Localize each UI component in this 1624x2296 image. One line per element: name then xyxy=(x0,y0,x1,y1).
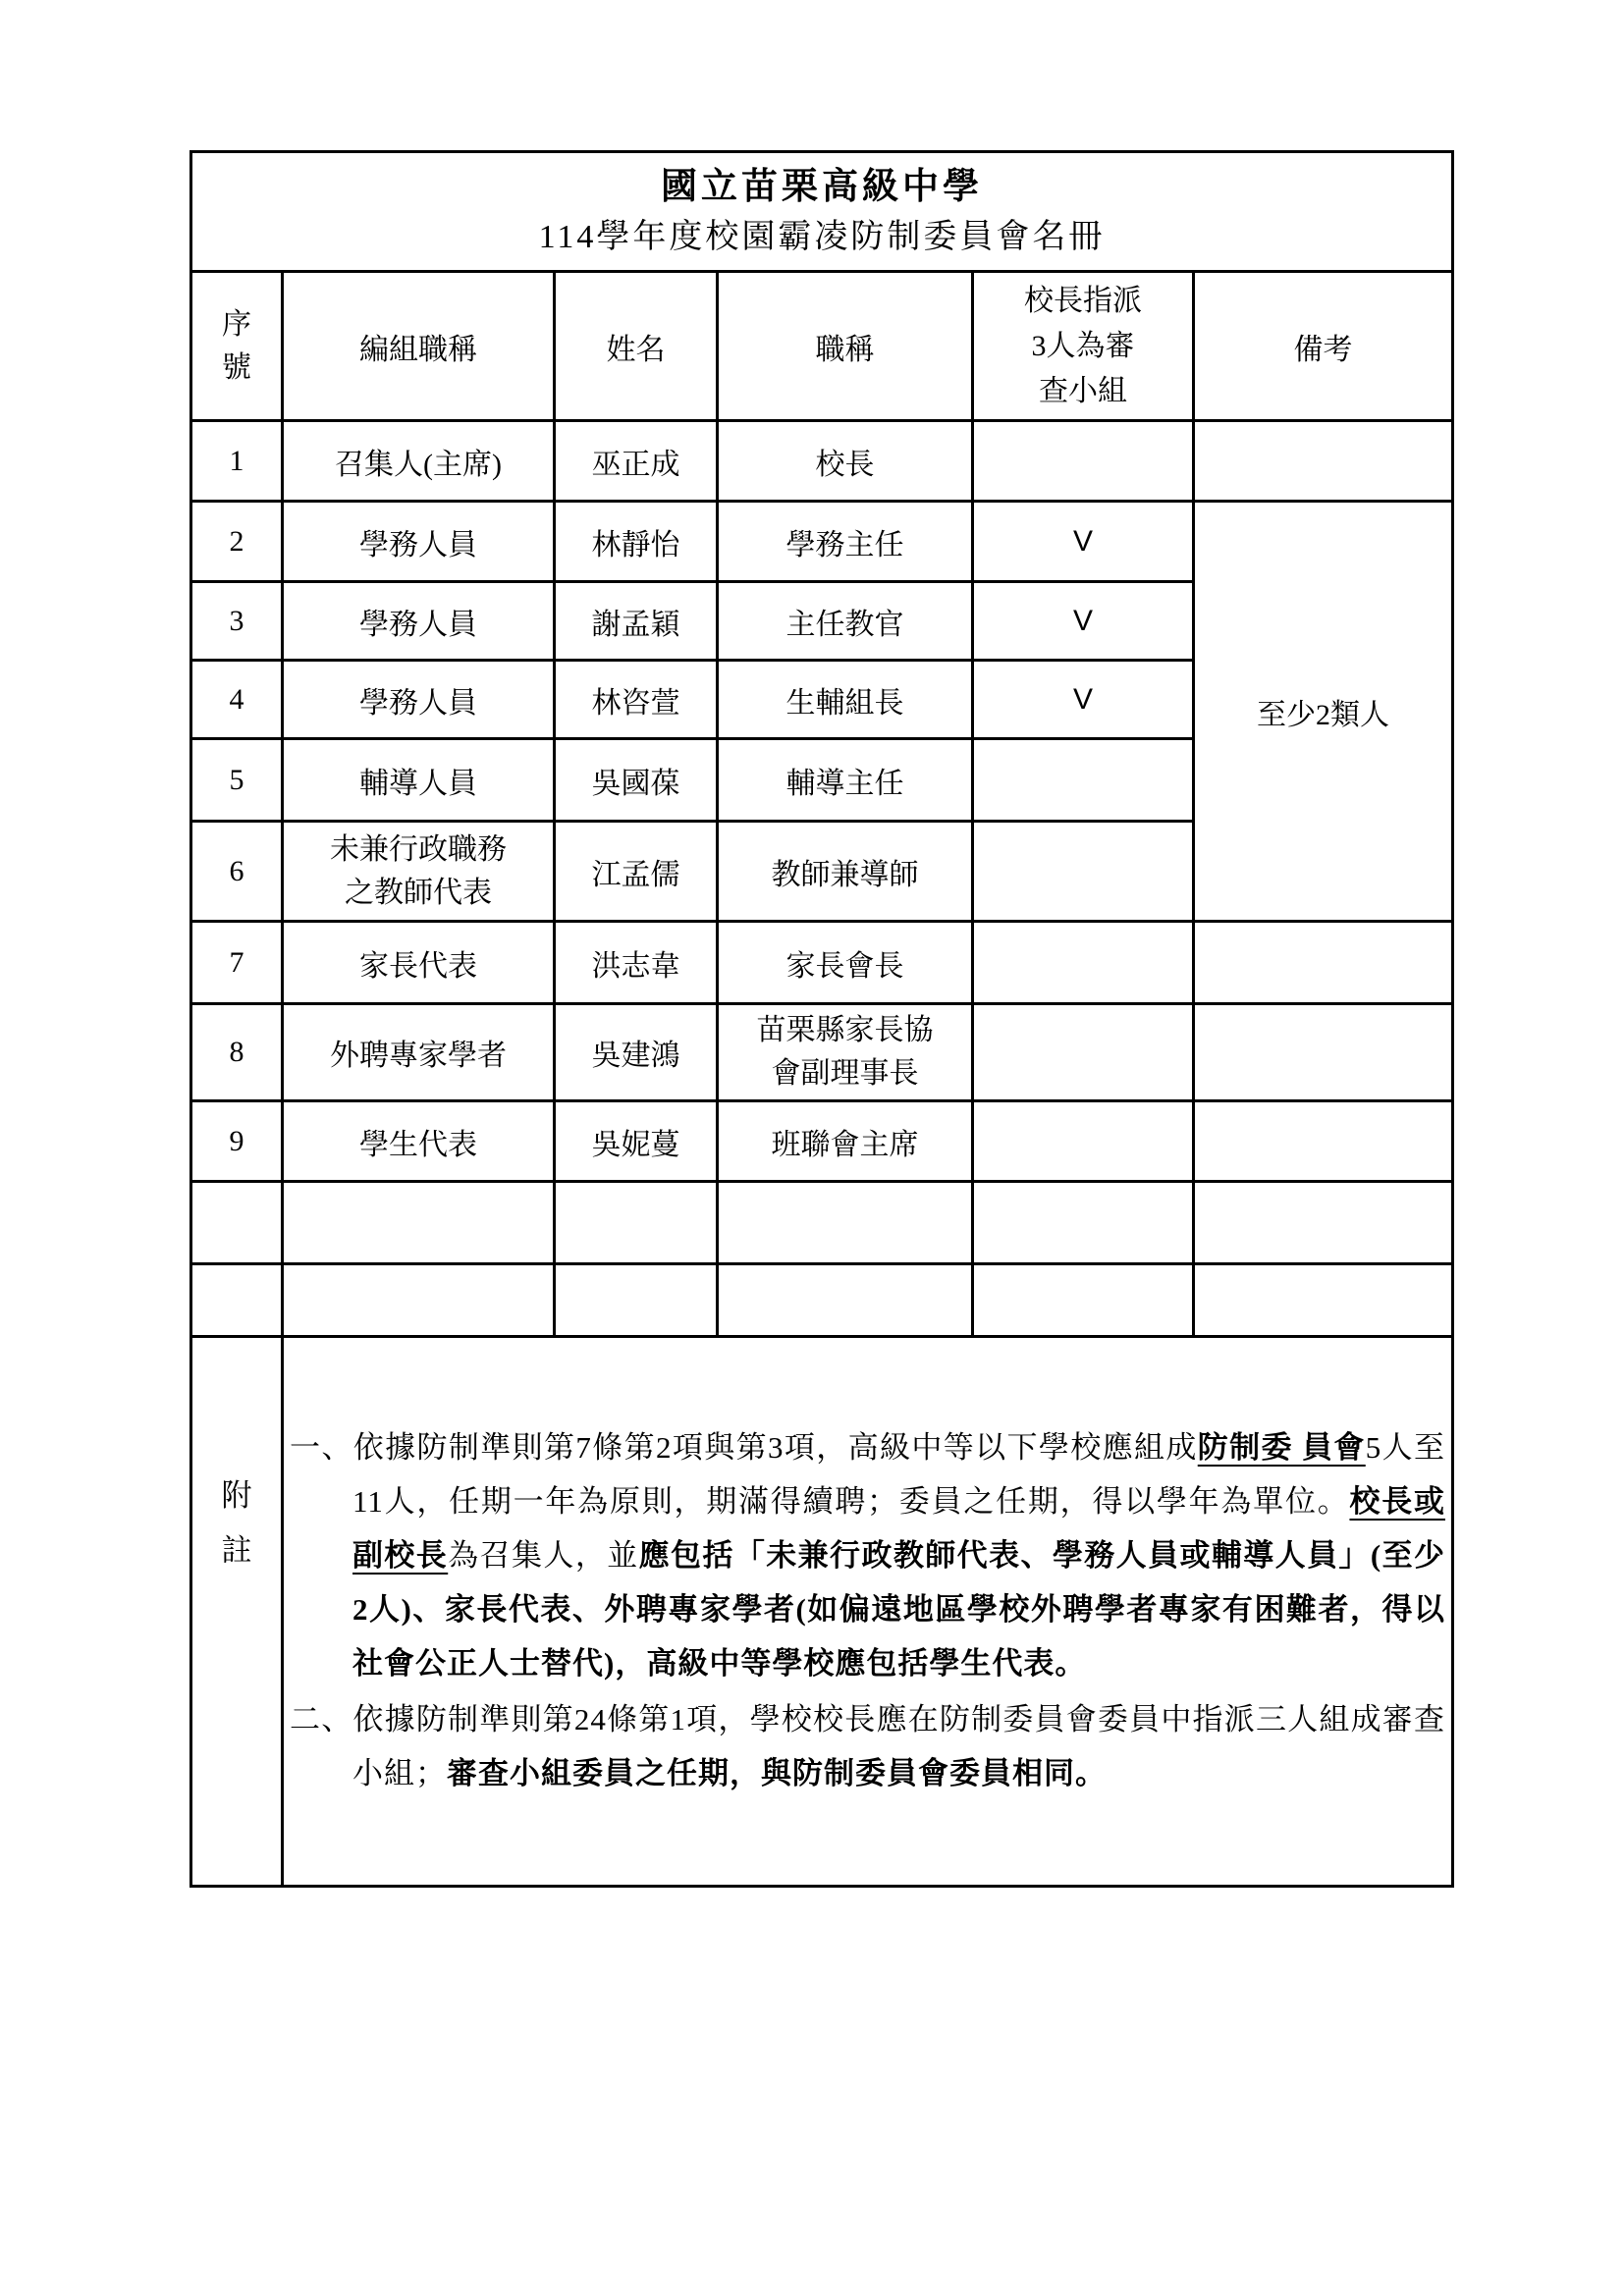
cell-group xyxy=(283,1264,555,1337)
cell-group: 未兼行政職務之教師代表 xyxy=(283,822,555,922)
table-row: 8 外聘專家學者 吳建鴻 苗栗縣家長協會副理事長 xyxy=(191,1004,1453,1101)
cell-no xyxy=(191,1182,283,1264)
table-row: 1 召集人(主席) 巫正成 校長 xyxy=(191,421,1453,502)
cell-no: 7 xyxy=(191,922,283,1004)
header-appoint: 校長指派3人為審查小組 xyxy=(973,272,1194,421)
cell-name: 林靜怡 xyxy=(555,502,718,582)
cell-title: 學務主任 xyxy=(718,502,973,582)
cell-check xyxy=(973,922,1194,1004)
cell-name: 洪志韋 xyxy=(555,922,718,1004)
cell-check xyxy=(973,1101,1194,1182)
committee-roster-table: 國立苗栗高級中學 114學年度校園霸凌防制委員會名冊 序號 編組職稱 姓名 職稱… xyxy=(189,150,1454,1888)
cell-title: 校長 xyxy=(718,421,973,502)
cell-remark xyxy=(1194,1264,1453,1337)
header-remark: 備考 xyxy=(1194,272,1453,421)
header-no-label: 序號 xyxy=(219,303,254,390)
cell-check: V xyxy=(973,502,1194,582)
cell-check: V xyxy=(973,661,1194,739)
note2-prefix: 二、 xyxy=(290,1702,352,1736)
cell-name: 林咨萱 xyxy=(555,661,718,739)
cell-check xyxy=(973,1264,1194,1337)
title-row: 國立苗栗高級中學 114學年度校園霸凌防制委員會名冊 xyxy=(191,152,1453,272)
header-appoint-label: 校長指派3人為審查小組 xyxy=(1017,279,1149,414)
cell-group-text: 未兼行政職務之教師代表 xyxy=(326,828,511,915)
cell-title xyxy=(718,1182,973,1264)
document-page: 國立苗栗高級中學 114學年度校園霸凌防制委員會名冊 序號 編組職稱 姓名 職稱… xyxy=(0,0,1624,2296)
cell-name: 謝孟穎 xyxy=(555,582,718,661)
cell-group: 外聘專家學者 xyxy=(283,1004,555,1101)
table-row: 9 學生代表 吳妮蔓 班聯會主席 xyxy=(191,1101,1453,1182)
cell-group: 輔導人員 xyxy=(283,739,555,822)
cell-remark xyxy=(1194,1182,1453,1264)
cell-no: 2 xyxy=(191,502,283,582)
notes-label-cell: 附註 xyxy=(191,1337,283,1887)
cell-group xyxy=(283,1182,555,1264)
cell-no: 5 xyxy=(191,739,283,822)
cell-name: 吳建鴻 xyxy=(555,1004,718,1101)
document-subtitle: 114學年度校園霸凌防制委員會名冊 xyxy=(198,213,1445,262)
cell-check xyxy=(973,822,1194,922)
note1-prefix: 一、 xyxy=(290,1430,353,1465)
document-title: 國立苗栗高級中學 xyxy=(198,162,1445,213)
header-name: 姓名 xyxy=(555,272,718,421)
cell-title: 主任教官 xyxy=(718,582,973,661)
header-row: 序號 編組職稱 姓名 職稱 校長指派3人為審查小組 備考 xyxy=(191,272,1453,421)
cell-title: 苗栗縣家長協會副理事長 xyxy=(718,1004,973,1101)
cell-no: 8 xyxy=(191,1004,283,1101)
cell-title: 家長會長 xyxy=(718,922,973,1004)
cell-name: 吳妮蔓 xyxy=(555,1101,718,1182)
table-row xyxy=(191,1182,1453,1264)
cell-name: 吳國葆 xyxy=(555,739,718,822)
cell-no xyxy=(191,1264,283,1337)
cell-title: 班聯會主席 xyxy=(718,1101,973,1182)
cell-title: 輔導主任 xyxy=(718,739,973,822)
cell-check: V xyxy=(973,582,1194,661)
notes-cell: 一、依據防制準則第7條第2項與第3項，高級中等以下學校應組成防制委 員會5人至1… xyxy=(283,1337,1453,1887)
cell-title: 教師兼導師 xyxy=(718,822,973,922)
cell-remark xyxy=(1194,1004,1453,1101)
cell-group: 學務人員 xyxy=(283,661,555,739)
cell-name: 江孟儒 xyxy=(555,822,718,922)
cell-name xyxy=(555,1264,718,1337)
cell-remark xyxy=(1194,1101,1453,1182)
note-2: 二、依據防制準則第24條第1項，學校校長應在防制委員會委員中指派三人組成審查小組… xyxy=(290,1692,1445,1800)
table-row xyxy=(191,1264,1453,1337)
note2-seg-1: 審查小組委員之任期，與防制委員會委員相同。 xyxy=(447,1756,1107,1790)
title-cell: 國立苗栗高級中學 114學年度校園霸凌防制委員會名冊 xyxy=(191,152,1453,272)
cell-check xyxy=(973,1004,1194,1101)
header-no: 序號 xyxy=(191,272,283,421)
cell-remark xyxy=(1194,421,1453,502)
cell-group: 召集人(主席) xyxy=(283,421,555,502)
cell-name: 巫正成 xyxy=(555,421,718,502)
cell-name xyxy=(555,1182,718,1264)
cell-check xyxy=(973,739,1194,822)
note1-seg-0: 依據防制準則第7條第2項與第3項，高級中等以下學校應組成 xyxy=(353,1430,1198,1465)
cell-no: 9 xyxy=(191,1101,283,1182)
cell-title-text: 苗栗縣家長協會副理事長 xyxy=(753,1009,938,1095)
cell-no: 4 xyxy=(191,661,283,739)
cell-remark-merged: 至少2類人 xyxy=(1194,502,1453,922)
cell-no: 6 xyxy=(191,822,283,922)
cell-remark xyxy=(1194,922,1453,1004)
cell-group: 學生代表 xyxy=(283,1101,555,1182)
note1-seg-4: 為召集人，並 xyxy=(448,1538,638,1573)
cell-check xyxy=(973,1182,1194,1264)
table-row: 7 家長代表 洪志韋 家長會長 xyxy=(191,922,1453,1004)
cell-group: 家長代表 xyxy=(283,922,555,1004)
header-title: 職稱 xyxy=(718,272,973,421)
notes-label: 附註 xyxy=(221,1468,253,1578)
note1-seg-1: 防制委 員會 xyxy=(1198,1430,1366,1465)
cell-title xyxy=(718,1264,973,1337)
cell-check xyxy=(973,421,1194,502)
cell-title: 生輔組長 xyxy=(718,661,973,739)
table-row: 2 學務人員 林靜怡 學務主任 V 至少2類人 xyxy=(191,502,1453,582)
note-1: 一、依據防制準則第7條第2項與第3項，高級中等以下學校應組成防制委 員會5人至1… xyxy=(290,1420,1445,1690)
cell-group: 學務人員 xyxy=(283,582,555,661)
header-group: 編組職稱 xyxy=(283,272,555,421)
cell-no: 1 xyxy=(191,421,283,502)
notes-row: 附註 一、依據防制準則第7條第2項與第3項，高級中等以下學校應組成防制委 員會5… xyxy=(191,1337,1453,1887)
cell-group: 學務人員 xyxy=(283,502,555,582)
cell-no: 3 xyxy=(191,582,283,661)
